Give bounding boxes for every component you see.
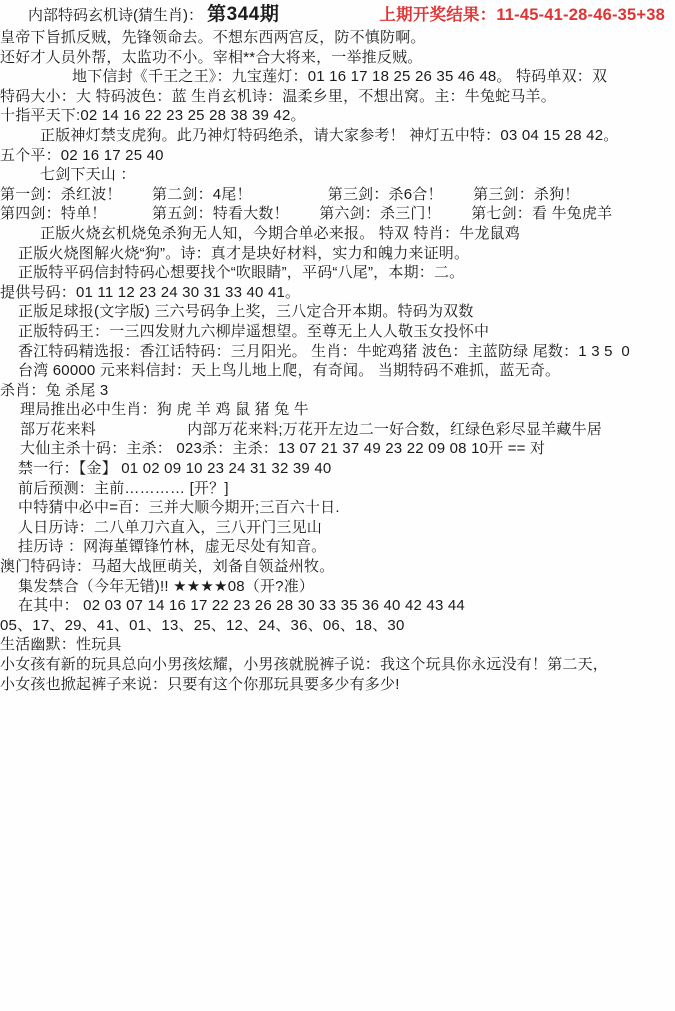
text-line-19: 杀肖：兔 杀尾 3 [0, 381, 675, 401]
lottery-tip-sheet-page: 内部特码玄机诗(猜生肖)： 第344期 上期开奖结果：11-45-41-28-4… [0, 0, 675, 1011]
text-line-32: 生活幽默：性玩具 [0, 635, 675, 655]
text-line-31: 05、17、29、41、01、13、25、12、24、36、06、18、30 [0, 616, 675, 636]
text-line-22: 大仙主杀十码：主杀： 023杀：主杀：13 07 21 37 49 23 22 … [0, 439, 675, 459]
text-line-12: 正版火烧图解火烧“狗”。诗：真才是块好材料，实力和魄力来证明。 [0, 244, 675, 264]
text-line-17: 香江特码精选报：香江话特码：三月阳光。 生肖：牛蛇鸡猪 波色：主蓝防绿 尾数：1… [0, 342, 675, 362]
text-line-1: 皇帝下旨抓反贼，先锋领命去。不想东西两宫反，防不慎防啊。 [0, 28, 675, 48]
tip-lines-container: 皇帝下旨抓反贼，先锋领命去。不想东西两宫反，防不慎防啊。还好才人员外帮，太监功不… [0, 28, 675, 694]
text-line-28: 澳门特码诗：马超大战匣萌关，刘备自领益州牧。 [0, 557, 675, 577]
text-line-10: 第四剑：特单！ 第五剑：特看大数！ 第六剑：杀三门！ 第七剑：看 牛兔虎羊 [0, 204, 675, 224]
issue-number: 第344期 [207, 4, 279, 26]
text-line-21: 部万花来料 内部万花来料;万花开左边二一好合数，红绿色彩尽显羊藏牛居 [0, 420, 675, 440]
text-line-14: 提供号码：01 11 12 23 24 30 31 33 40 41。 [0, 283, 675, 303]
text-line-13: 正版特平码信封特码心想要找个“吹眼睛”，平码“八尾”，本期：二。 [0, 263, 675, 283]
text-line-3: 地下信封《千王之王》：九宝莲灯：01 16 17 18 25 26 35 46 … [0, 67, 675, 87]
text-line-8: 七剑下天山 ： [0, 165, 675, 185]
text-line-5: 十指平天下:02 14 16 22 23 25 28 38 39 42。 [0, 106, 675, 126]
text-line-23: 禁一行：【金】 01 02 09 10 23 24 31 32 39 40 [0, 459, 675, 479]
text-line-16: 正版特码王：一三四发财九六柳岸遥想望。至尊无上人人敬玉女投怀中 [0, 322, 675, 342]
text-line-4: 特码大小：大 特码波色：蓝 生肖玄机诗：温柔乡里，不想出窝。主：牛兔蛇马羊。 [0, 87, 675, 107]
text-line-30: 在其中： 02 03 07 14 16 17 22 23 26 28 30 33… [0, 596, 675, 616]
text-line-7: 五个平：02 16 17 25 40 [0, 146, 675, 166]
text-line-27: 挂历诗 ：网海堇镡锋竹林，虚无尽处有知音。 [0, 537, 675, 557]
header-line: 内部特码玄机诗(猜生肖)： 第344期 上期开奖结果：11-45-41-28-4… [0, 4, 675, 26]
text-line-6: 正版神灯禁支虎狗。此乃神灯特码绝杀，请大家参考！ 神灯五中特：03 04 15 … [0, 126, 675, 146]
text-line-2: 还好才人员外帮，太监功不小。宰相**合大将来，一举推反贼。 [0, 48, 675, 68]
page-title: 内部特码玄机诗(猜生肖)： [0, 5, 207, 27]
text-line-18: 台湾 60000 元来料信封：天上鸟儿地上爬，有奇闻。 当期特码不难抓，蓝无奇。 [0, 361, 675, 381]
text-line-25: 中特猜中必中=百：三并大顺今期开;三百六十日. [0, 498, 675, 518]
text-line-11: 正版火烧玄机烧兔杀狗无人知，今期合单必来报。 特双 特肖：牛龙鼠鸡 [0, 224, 675, 244]
text-line-33: 小女孩有新的玩具总向小男孩炫耀，小男孩就脱裤子说：我这个玩具你永远没有！第二天， [0, 655, 675, 675]
text-line-9: 第一剑：杀红波！ 第二剑：4尾！ 第三剑：杀6合！ 第三剑：杀狗！ [0, 185, 675, 205]
last-draw-result: 上期开奖结果：11-45-41-28-46-35+38 [379, 4, 665, 26]
text-line-20: 理局推出必中生肖：狗 虎 羊 鸡 鼠 猪 兔 牛 [0, 400, 675, 420]
text-line-24: 前后预测：主前………… [开？] [0, 479, 675, 499]
text-line-26: 人日历诗：二八单刀六直入，三八开门三见山 [0, 518, 675, 538]
text-line-34: 小女孩也掀起裤子来说：只要有这个你那玩具要多少有多少! [0, 675, 675, 695]
text-line-15: 正版足球报(文字版) 三六号码争上奖，三八定合开本期。特码为双数 [0, 302, 675, 322]
text-line-29: 集发禁合（今年无错)!! ★★★★08（开?准） [0, 577, 675, 597]
